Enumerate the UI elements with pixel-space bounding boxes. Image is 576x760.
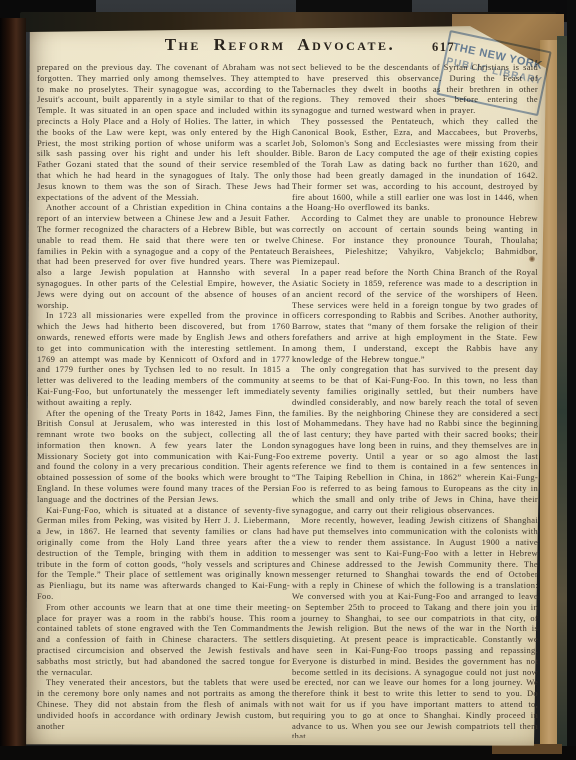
paragraph: The only congregation that has survived …: [292, 364, 538, 515]
paragraph: In a paper read before the North China B…: [292, 267, 538, 364]
paragraph: From other accounts we learn that at one…: [37, 602, 290, 678]
paragraph: After the opening of the Treaty Ports in…: [37, 408, 290, 505]
paragraph: They possessed the Pentateuch, which the…: [292, 116, 538, 213]
paragraph: prepared on the previous day. The covena…: [37, 62, 290, 202]
paragraph: They venerated their ancestors, but the …: [37, 677, 290, 731]
left-column: prepared on the previous day. The covena…: [37, 62, 290, 738]
paragraph: Another account of a Christian expeditio…: [37, 202, 290, 310]
paragraph: According to Calmet they are unable to p…: [292, 213, 538, 267]
right-column: sect believed to be the descendants of S…: [292, 62, 538, 738]
paragraph: More recently, however, leading Jewish c…: [292, 515, 538, 738]
backdrop-bottom-band: [0, 746, 576, 760]
backdrop-right-band: [567, 0, 576, 760]
paragraph: In 1723 all missionaries were expelled f…: [37, 310, 290, 407]
book-spine: [0, 18, 26, 760]
paragraph: Kai-Fung-Foo, which is situated at a dis…: [37, 505, 290, 602]
